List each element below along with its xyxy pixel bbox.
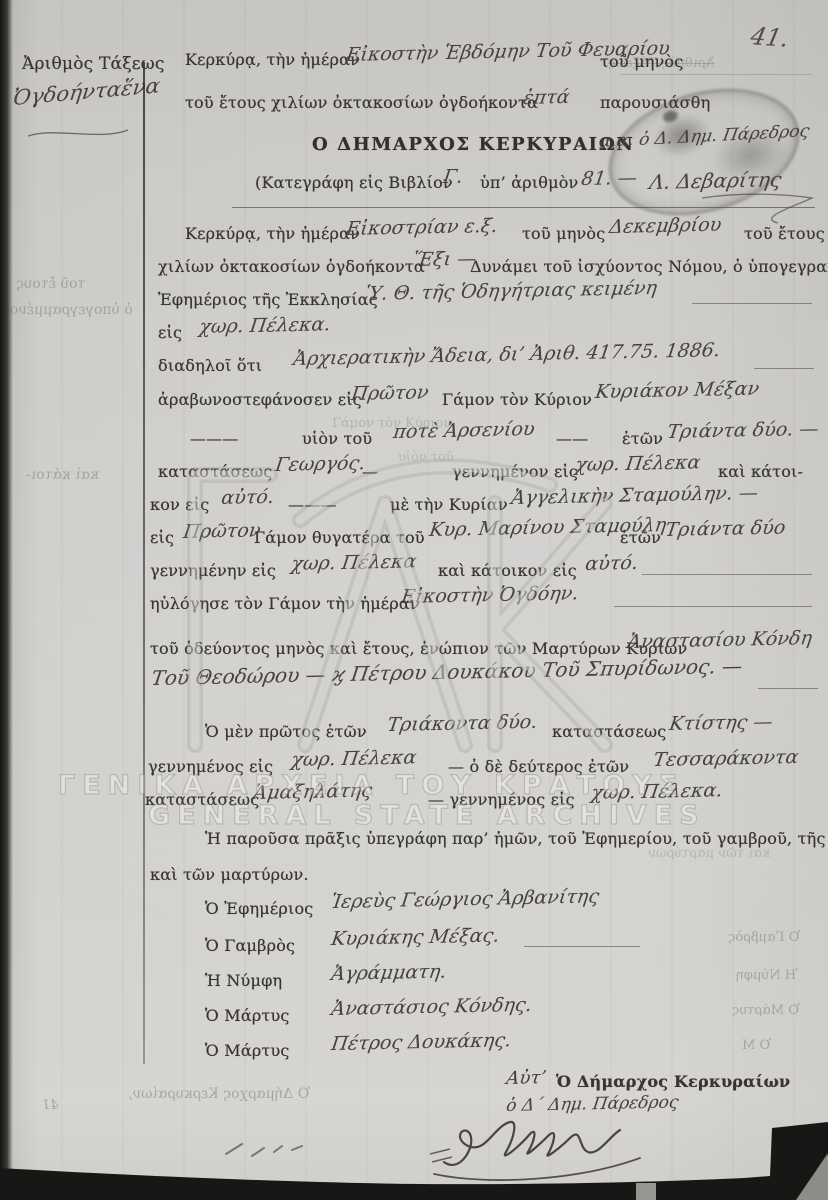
handwritten-license: Ἀρχιερατικὴν Ἄδεια, δι’ Ἀριθ. 417.75. 18…	[292, 339, 722, 370]
handwritten-witness1-occupation: Κτίστης —	[668, 711, 774, 735]
ghost-text: Ὁ Μάρτυς	[732, 1003, 799, 1018]
printed-text: Κερκύρᾳ, τὴν ἡμέραν	[185, 224, 360, 243]
handwritten-church: Ὑ. Θ. τῆς Ὁδηγήτριας κειμένη	[364, 277, 659, 305]
printed-text: ὑπ’ ἀριθμὸν	[480, 173, 579, 192]
archives-watermark-monogram	[150, 415, 620, 845]
signature-witness1: Ἀναστάσιος Κόνδης.	[330, 994, 533, 1020]
handwritten-footer-prefix: Αὐτ’	[505, 1067, 548, 1089]
flourish-underline	[24, 126, 134, 142]
ghost-line	[620, 74, 812, 75]
margin-divider-line	[143, 62, 145, 1064]
printed-text: χιλίων ὀκτακοσίων ὀγδοήκοντα	[158, 257, 425, 276]
ghost-text: Ἡ Νύμφη	[736, 968, 798, 983]
signature-label: Ὁ Μάρτυς	[205, 1006, 290, 1025]
handwritten-witness1-name: Ἀναστασίου Κόνδη	[626, 627, 813, 653]
binding-edge-shadow	[0, 0, 13, 1200]
fill-line	[758, 688, 818, 689]
printed-text: τοῦ ἔτους χιλίων ὀκτακοσίων ὀγδοήκοντα	[185, 93, 538, 112]
ghost-text: Ὁ Γαμβρὸς	[728, 930, 800, 945]
handwritten-marriage-order: Πρῶτον	[350, 381, 430, 405]
handwritten-year: Ἕξι —	[412, 248, 478, 271]
ghost-text: τοῦ ἔτους	[16, 276, 85, 292]
signature-label: Ὁ Ἐφημέριος	[205, 899, 313, 918]
ghost-text: καὶ κάτοι-	[26, 467, 99, 483]
printed-text: τοῦ ἔτους	[744, 224, 825, 243]
printed-text: Γάμον τὸν Κύριον	[442, 390, 592, 409]
printed-text: (Κατεγράφη εἰς Βιβλίον	[255, 173, 453, 192]
handwritten-month: Δεκεμβρίου	[608, 214, 723, 238]
handwritten-groom-age: Τριάντα δύο. —	[666, 418, 820, 443]
printed-text: διαδηλοῖ ὅτι	[158, 356, 262, 375]
ghost-text: Ὁ Μ	[742, 1038, 771, 1053]
signature-label: Ὁ Μάρτυς	[205, 1041, 290, 1060]
scan-bottom-edge	[0, 1095, 828, 1200]
printed-text: ἐτῶν	[620, 528, 661, 547]
closing-statement: καὶ τῶν μαρτύρων.	[150, 865, 309, 884]
printed-text: Δυνάμει τοῦ ἰσχύοντος Νόμου, ὁ ὑπογεγραμ…	[470, 257, 828, 276]
stamp-smudge	[645, 105, 719, 167]
document-page: τοῦ ἔτους ὁ ὑπογεγραμμένος καὶ κάτοι- Ἀρ…	[0, 0, 828, 1200]
fill-line	[642, 574, 812, 575]
handwritten-year: ἑπτά	[522, 86, 571, 109]
stamp-smudge	[705, 118, 797, 192]
printed-text: τοῦ μηνὸς	[522, 224, 605, 243]
printed-text: Ἐφημέριος τῆς Ἐκκλησίας	[158, 290, 378, 309]
ghost-text: ὁ ὑπογεγραμμένος	[2, 302, 133, 318]
fill-line	[614, 606, 812, 607]
fill-line	[524, 946, 640, 947]
page-number: 41.	[748, 22, 792, 53]
mayor-heading: Ο ΔΗΜΑΡΧΟΣ ΚΕΡΚΥΡΑΙΩΝ	[312, 134, 634, 155]
printed-text: ἐτῶν	[622, 429, 663, 448]
signature-label: Ὁ Γαμβρὸς	[205, 936, 295, 955]
signature-witness2: Πέτρος Δουκάκης.	[330, 1029, 513, 1055]
handwritten-witness2-age: Τεσσαράκοντα	[652, 746, 800, 771]
ghost-text: καὶ τῶν μαρτύρων	[648, 846, 770, 861]
fill-line	[754, 368, 814, 369]
handwritten-groom-name: Κυριάκον Μέξαν	[594, 378, 761, 403]
printed-text: ἀραβωνοστεφάνοσεν εἰς	[158, 390, 362, 409]
handwritten-bride-age: Τριάντα δύο	[664, 517, 787, 541]
signature-label: Ἡ Νύμφη	[205, 971, 282, 990]
section-divider-line	[232, 207, 815, 208]
fill-line	[692, 303, 812, 304]
printed-text: εἰς	[158, 323, 182, 342]
mayor-footer-title: Ὁ Δήμαρχος Κερκυραίων	[556, 1072, 790, 1091]
handwritten-village: χωρ. Πέλεκα.	[198, 313, 332, 338]
handwritten-day: Εἰκοστρίαν ε.ξ.	[345, 215, 499, 240]
order-number-handwritten: Ὀγδοήνταἕνα	[12, 74, 162, 110]
signature-groom: Κυριάκης Μέξας.	[330, 924, 501, 950]
printed-text: Κερκύρᾳ, τὴν ἡμέραν	[185, 50, 360, 69]
printed-text: τοῦ μηνὸς	[600, 52, 683, 71]
signature-bride: Ἀγράμματη.	[330, 961, 448, 985]
printed-text: καὶ κάτοι-	[718, 462, 803, 481]
handwritten-book: Γ.	[442, 166, 464, 188]
signature-priest: Ἱερεὺς Γεώργιος Ἀρβανίτης	[330, 885, 601, 913]
